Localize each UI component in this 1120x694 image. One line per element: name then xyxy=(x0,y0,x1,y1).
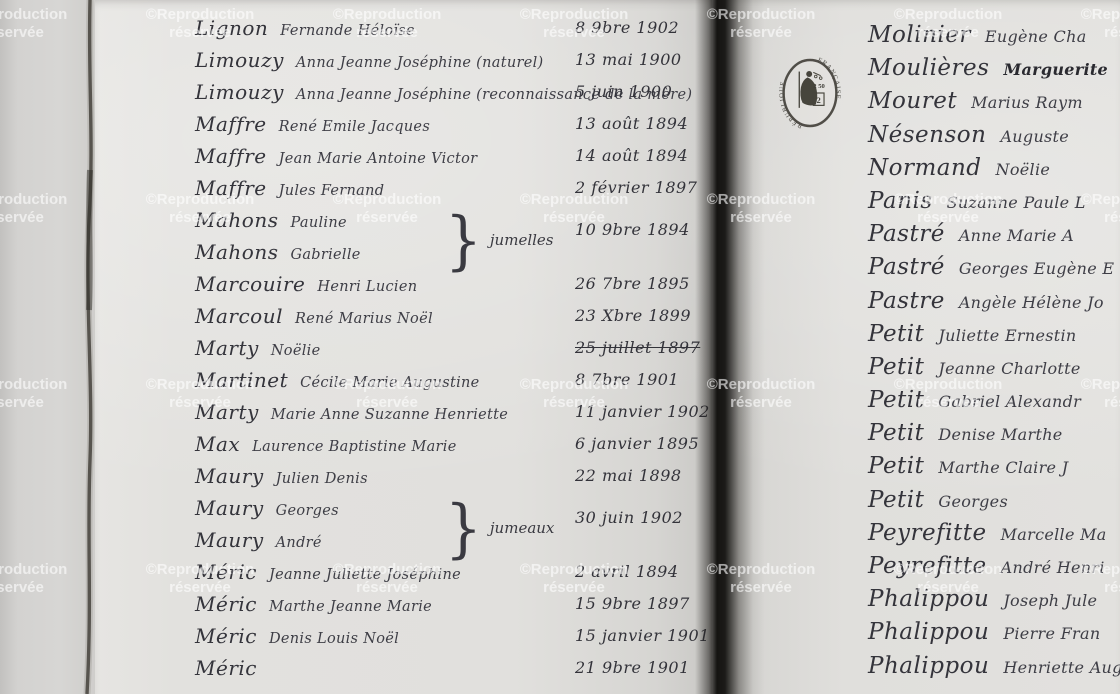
twins-brace-icon: } xyxy=(445,495,482,561)
entry-date: 13 août 1894 xyxy=(575,114,688,133)
entry-date: 8 7bre 1901 xyxy=(575,370,679,389)
given-names: Marie Anne Suzanne Henriette xyxy=(271,407,508,423)
register-entry: PetitJeanne Charlotte xyxy=(868,354,1120,387)
twin-entry-group: MauryGeorgesMauryAndré}jumeaux30 juin 19… xyxy=(195,496,712,560)
register-entry: MauryAndré xyxy=(195,528,445,560)
given-names: Cécile Marie Augustine xyxy=(300,375,479,391)
given-names: René Marius Noël xyxy=(295,311,433,327)
revenue-stamp: RÉPUBLIQUE FRANÇAISE 2 50 2 xyxy=(777,52,843,134)
surname: Maffre xyxy=(195,176,267,200)
surname: Méric xyxy=(195,592,257,616)
surname: Molinier xyxy=(868,22,971,48)
surname: Mouret xyxy=(868,88,957,114)
given-names: Fernande Héloïse xyxy=(280,23,415,39)
entry-date: 30 juin 1902 xyxy=(575,508,683,527)
register-entry: PhalippouHenriette Aug xyxy=(868,653,1120,686)
surname: Méric xyxy=(195,560,257,584)
given-names: André xyxy=(276,535,322,551)
entry-date: 2 avril 1894 xyxy=(575,562,679,581)
register-entry: MartinetCécile Marie Augustine8 7bre 190… xyxy=(195,368,712,400)
left-page-entries: LignonFernande Héloïse8 9bre 1902Limouzy… xyxy=(95,0,712,694)
book-gutter xyxy=(695,0,765,694)
register-entry: MaffreRené Emile Jacques13 août 1894 xyxy=(195,112,712,144)
given-names: Suzanne Paule L xyxy=(947,193,1086,212)
register-entry: MoulièresMarguerite xyxy=(868,55,1120,88)
entry-date: 8 9bre 1902 xyxy=(575,18,679,37)
given-names: Georges Eugène E xyxy=(959,259,1115,278)
twins-label: jumeaux xyxy=(490,519,554,537)
entry-date: 14 août 1894 xyxy=(575,146,688,165)
register-entry: MarcouireHenri Lucien26 7bre 1895 xyxy=(195,272,712,304)
given-names: Henri Lucien xyxy=(317,279,417,295)
given-names: Jeanne Juliette Joséphine xyxy=(269,567,461,583)
given-names: Marcelle Ma xyxy=(1001,525,1107,544)
surname: Pastré xyxy=(868,221,945,247)
given-names: Gabriel Alexandr xyxy=(938,392,1081,411)
register-entry: LimouzyAnna Jeanne Joséphine (reconnaiss… xyxy=(195,80,712,112)
register-entry: MahonsGabrielle xyxy=(195,240,445,272)
entry-date: 15 9bre 1897 xyxy=(575,594,690,613)
register-entry: NormandNoëlie xyxy=(868,155,1120,188)
surname: Petit xyxy=(868,387,924,413)
surname: Petit xyxy=(868,420,924,446)
given-names: Jules Fernand xyxy=(279,183,385,199)
given-names: Juliette Ernestin xyxy=(938,326,1076,345)
surname: Limouzy xyxy=(195,80,284,104)
surname: Petit xyxy=(868,453,924,479)
twin-entry-group: MahonsPaulineMahonsGabrielle}jumelles10 … xyxy=(195,208,712,272)
register-entry: NésensonAuguste xyxy=(868,122,1120,155)
register-entry: PetitDenise Marthe xyxy=(868,420,1120,453)
stamp-value-top: 2 50 xyxy=(813,83,825,90)
surname: Maury xyxy=(195,464,264,488)
register-entry: PeyrefitteMarcelle Ma xyxy=(868,520,1120,553)
surname: Petit xyxy=(868,354,924,380)
twins-label: jumelles xyxy=(490,231,554,249)
register-entry: MolinierEugène Cha xyxy=(868,22,1120,55)
surname: Méric xyxy=(195,656,257,680)
given-names: Angèle Hélène Jo xyxy=(959,293,1104,312)
surname: Martinet xyxy=(195,368,288,392)
surname: Maury xyxy=(195,496,264,520)
entry-date: 11 janvier 1902 xyxy=(575,402,710,421)
given-names: Laurence Baptistine Marie xyxy=(252,439,456,455)
entry-date: 15 janvier 1901 xyxy=(575,626,710,645)
given-names: Anna Jeanne Joséphine (naturel) xyxy=(296,55,544,71)
register-entry: PastreAngèle Hélène Jo xyxy=(868,288,1120,321)
surname: Moulières xyxy=(868,55,989,81)
surname: Maffre xyxy=(195,144,267,168)
surname: Normand xyxy=(868,155,982,181)
given-names: Georges xyxy=(276,503,339,519)
register-entry: MartyMarie Anne Suzanne Henriette11 janv… xyxy=(195,400,712,432)
register-entry: MéricDenis Louis Noël15 janvier 1901 xyxy=(195,624,712,656)
page-edge-shadow xyxy=(66,0,106,694)
entry-date: 10 9bre 1894 xyxy=(575,220,690,239)
given-names: Marthe Jeanne Marie xyxy=(269,599,432,615)
given-names: Joseph Jule xyxy=(1003,591,1097,610)
register-entry: LimouzyAnna Jeanne Joséphine (naturel)13… xyxy=(195,48,712,80)
register-entry: LignonFernande Héloïse8 9bre 1902 xyxy=(195,16,712,48)
given-names: Julien Denis xyxy=(276,471,368,487)
register-entry: MéricMarthe Jeanne Marie15 9bre 1897 xyxy=(195,592,712,624)
entry-date: 23 Xbre 1899 xyxy=(575,306,691,325)
surname: Peyrefitte xyxy=(868,520,987,546)
entry-date: 5 juin 1900 xyxy=(575,82,672,101)
given-names: Anne Marie A xyxy=(959,226,1074,245)
surname: Max xyxy=(195,432,240,456)
given-names: René Emile Jacques xyxy=(279,119,430,135)
twins-brace-icon: } xyxy=(445,207,482,273)
given-names: Noëlie xyxy=(996,160,1051,179)
given-names: Gabrielle xyxy=(290,247,360,263)
register-entry: PetitGeorges xyxy=(868,487,1120,520)
register-entry: PeyrefitteAndré Henri xyxy=(868,553,1120,586)
surname: Pastré xyxy=(868,254,945,280)
surname: Lignon xyxy=(195,16,268,40)
given-names: Pierre Fran xyxy=(1003,624,1100,643)
surname: Mahons xyxy=(195,208,278,232)
given-names: Marthe Claire J xyxy=(938,458,1068,477)
surname: Panis xyxy=(868,188,933,214)
register-entry: MartyNoëlie25 juillet 1897 xyxy=(195,336,712,368)
surname: Phalippou xyxy=(868,586,989,612)
register-entry: PhalippouJoseph Jule xyxy=(868,586,1120,619)
twin-names: MauryGeorgesMauryAndré xyxy=(195,496,445,560)
entry-date: 13 mai 1900 xyxy=(575,50,682,69)
register-entry: PetitMarthe Claire J xyxy=(868,453,1120,486)
surname: Mahons xyxy=(195,240,278,264)
entry-date: 22 mai 1898 xyxy=(575,466,682,485)
given-names: Eugène Cha xyxy=(985,27,1087,46)
given-names: Marguerite xyxy=(1003,60,1108,79)
stamp-value-bottom: 2 xyxy=(817,96,821,105)
surname: Méric xyxy=(195,624,257,648)
surname: Nésenson xyxy=(868,122,986,148)
surname: Marty xyxy=(195,400,259,424)
given-names: André Henri xyxy=(1001,558,1105,577)
entry-date: 25 juillet 1897 xyxy=(575,338,700,357)
surname: Pastre xyxy=(868,288,945,314)
register-entry: PastréAnne Marie A xyxy=(868,221,1120,254)
given-names: Jeanne Charlotte xyxy=(938,359,1080,378)
surname: Marcouire xyxy=(195,272,305,296)
given-names: Auguste xyxy=(1000,127,1069,146)
surname: Limouzy xyxy=(195,48,284,72)
surname: Maffre xyxy=(195,112,267,136)
register-entry: PastréGeorges Eugène E xyxy=(868,254,1120,287)
book-scan: LignonFernande Héloïse8 9bre 1902Limouzy… xyxy=(0,0,1120,694)
left-page: LignonFernande Héloïse8 9bre 1902Limouzy… xyxy=(95,0,712,694)
register-entry: PhalippouPierre Fran xyxy=(868,619,1120,652)
register-entry: Méric21 9bre 1901 xyxy=(195,656,712,688)
given-names: Denise Marthe xyxy=(938,425,1062,444)
register-entry: MaffreJean Marie Antoine Victor14 août 1… xyxy=(195,144,712,176)
surname: Peyrefitte xyxy=(868,553,987,579)
register-entry: MahonsPauline xyxy=(195,208,445,240)
register-entry: MauryGeorges xyxy=(195,496,445,528)
surname: Phalippou xyxy=(868,619,989,645)
given-names: Pauline xyxy=(290,215,346,231)
twin-names: MahonsPaulineMahonsGabrielle xyxy=(195,208,445,272)
given-names: Henriette Aug xyxy=(1003,658,1120,677)
register-entry: MéricJeanne Juliette Joséphine2 avril 18… xyxy=(195,560,712,592)
register-entry: PanisSuzanne Paule L xyxy=(868,188,1120,221)
register-entry: MaxLaurence Baptistine Marie6 janvier 18… xyxy=(195,432,712,464)
given-names: Denis Louis Noël xyxy=(269,631,399,647)
entry-date: 21 9bre 1901 xyxy=(575,658,690,677)
register-entry: MouretMarius Raym xyxy=(868,88,1120,121)
surname: Phalippou xyxy=(868,653,989,679)
surname: Maury xyxy=(195,528,264,552)
surname: Marty xyxy=(195,336,259,360)
entry-date: 26 7bre 1895 xyxy=(575,274,690,293)
given-names: Marius Raym xyxy=(971,93,1083,112)
surname: Petit xyxy=(868,487,924,513)
register-entry: PetitJuliette Ernestin xyxy=(868,321,1120,354)
entry-date: 2 février 1897 xyxy=(575,178,697,197)
given-names: Georges xyxy=(938,492,1008,511)
register-entry: MarcoulRené Marius Noël23 Xbre 1899 xyxy=(195,304,712,336)
register-entry: PetitGabriel Alexandr xyxy=(868,387,1120,420)
given-names: Jean Marie Antoine Victor xyxy=(279,151,478,167)
entry-date: 6 janvier 1895 xyxy=(575,434,699,453)
surname: Marcoul xyxy=(195,304,283,328)
surname: Petit xyxy=(868,321,924,347)
given-names: Noëlie xyxy=(271,343,321,359)
